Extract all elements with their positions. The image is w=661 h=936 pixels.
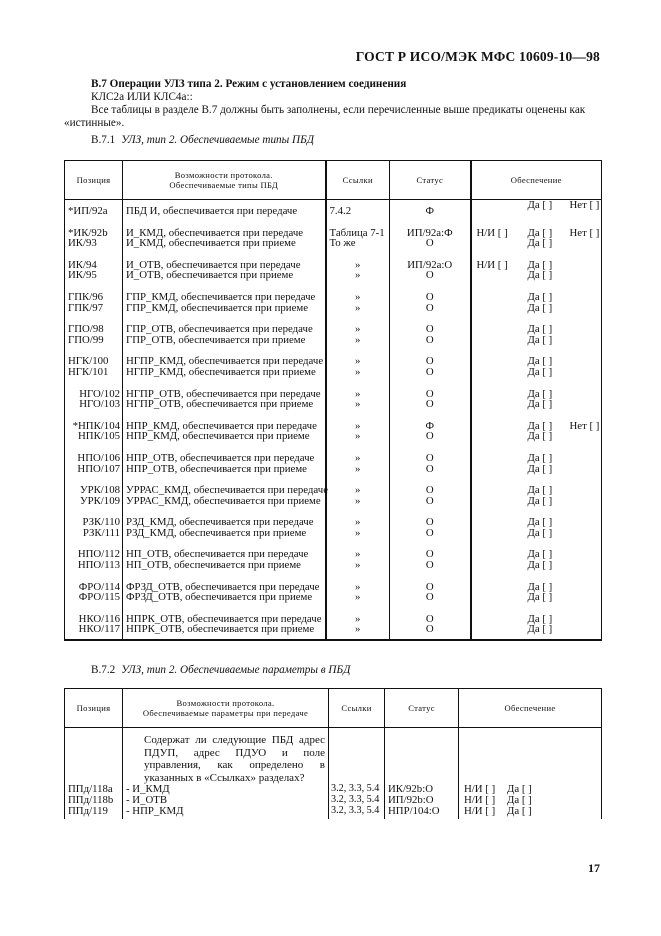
table1-caption-number: B.7.1 xyxy=(91,134,115,146)
cell-refs: » xyxy=(326,431,390,442)
cell-support: Да [ ] xyxy=(471,292,602,303)
cell-status: О xyxy=(390,335,471,346)
cell-status: О xyxy=(390,496,471,507)
table1-caption: B.7.1УЛЗ, тип 2. Обеспечиваемые типы ПБД xyxy=(91,134,314,146)
header-capability-line2: Обеспечиваемые параметры при передаче xyxy=(143,708,308,718)
table-row: ГПК/97ГПР_КМД, обеспечивается при приеме… xyxy=(65,303,602,314)
table-row: НПО/106НПР_ОТВ, обеспечивается при перед… xyxy=(65,453,602,464)
checkbox-no[interactable]: Нет [ ] xyxy=(570,421,600,432)
cell-refs: 3.2, 3.3, 5.4 xyxy=(329,806,385,817)
cell-refs: » xyxy=(326,367,390,378)
section-note-line1: Все таблицы в разделе В.7 должны быть за… xyxy=(64,104,601,117)
cell-refs: 7.4.2 xyxy=(326,200,390,217)
checkbox-not-applicable[interactable]: Н/И [ ] xyxy=(464,795,495,806)
checkbox-yes[interactable]: Да [ ] xyxy=(528,528,553,539)
cell-refs: » xyxy=(326,592,390,603)
table1-header-row: Позиция Возможности протокола.Обеспечива… xyxy=(65,161,602,200)
header-capability: Возможности протокола.Обеспечиваемые пар… xyxy=(123,689,329,728)
checkbox-yes[interactable]: Да [ ] xyxy=(528,270,553,281)
cell-status: О xyxy=(390,464,471,475)
cell-support: Да [ ] xyxy=(471,367,602,378)
cell-support: Да [ ] xyxy=(471,592,602,603)
cell-refs: » xyxy=(326,528,390,539)
table-row: ППд/119- НПР_КМД3.2, 3.3, 5.4НПР/104:ОН/… xyxy=(65,806,602,817)
cell-status: О xyxy=(390,292,471,303)
cell-position: НПО/106 xyxy=(65,453,123,464)
cell-support: Да [ ] xyxy=(471,496,602,507)
cell-position: ГПК/97 xyxy=(65,303,123,314)
header-capability-line1: Возможности протокола. xyxy=(177,698,275,708)
cell-refs: » xyxy=(326,399,390,410)
page-number: 17 xyxy=(588,861,600,876)
cell-capability: ГПР_КМД, обеспечивается при приеме xyxy=(123,303,326,314)
cell-status: О xyxy=(390,592,471,603)
cell-position: ГПК/96 xyxy=(65,292,123,303)
table-row: НПО/107НПР_ОТВ, обеспечивается при прием… xyxy=(65,464,602,475)
header-support: Обеспечение xyxy=(471,161,602,200)
table2-caption-text: УЛЗ, тип 2. Обеспечиваемые параметры в П… xyxy=(121,664,350,676)
question-text: Содержат ли следующие ПБД адрес ПДУП, ад… xyxy=(123,728,329,785)
checkbox-yes[interactable]: Да [ ] xyxy=(507,806,532,817)
row-spacer xyxy=(65,217,602,228)
cell-capability: НП_ОТВ, обеспечивается при приеме xyxy=(123,560,326,571)
cell-capability: НПРК_ОТВ, обеспечивается при приеме xyxy=(123,624,326,640)
row-spacer xyxy=(65,816,602,819)
checkbox-not-applicable[interactable]: Н/И [ ] xyxy=(477,260,508,271)
cell-capability: НПР_ОТВ, обеспечивается при передаче xyxy=(123,453,326,464)
section-note-line2: «истинные». xyxy=(64,117,601,130)
checkbox-yes[interactable]: Да [ ] xyxy=(528,292,553,303)
cell-support: Да [ ] xyxy=(471,399,602,410)
cell-capability: НПР_ОТВ, обеспечивается при приеме xyxy=(123,464,326,475)
checkbox-yes[interactable]: Да [ ] xyxy=(528,335,553,346)
cell-capability: ГПР_ОТВ, обеспечивается при приеме xyxy=(123,335,326,346)
cell-support: Да [ ] xyxy=(471,335,602,346)
table-row: УРК/109УРРАС_КМД, обеспечивается при при… xyxy=(65,496,602,507)
table2-header-row: Позиция Возможности протокола.Обеспечива… xyxy=(65,689,602,728)
cell-refs: » xyxy=(326,453,390,464)
table-pdu-types: Позиция Возможности протокола.Обеспечива… xyxy=(64,160,602,641)
cell-position: *ИП/92a xyxy=(65,200,123,217)
checkbox-yes[interactable]: Да [ ] xyxy=(528,592,553,603)
table-row: НПК/105НПР_КМД, обеспечивается при прием… xyxy=(65,431,602,442)
cell-support: Да [ ] xyxy=(471,431,602,442)
checkbox-not-applicable[interactable]: Н/И [ ] xyxy=(477,228,508,239)
header-capability-line2: Обеспечиваемые типы ПБД xyxy=(169,180,278,190)
cell-status: О xyxy=(390,560,471,571)
cell-status: О xyxy=(390,399,471,410)
checkbox-yes[interactable]: Да [ ] xyxy=(528,453,553,464)
cell-refs: » xyxy=(326,270,390,281)
cell-status: О xyxy=(390,528,471,539)
header-position: Позиция xyxy=(65,161,123,200)
row-spacer xyxy=(65,571,602,582)
checkbox-yes[interactable]: Да [ ] xyxy=(528,303,553,314)
question-row: Содержат ли следующие ПБД адрес ПДУП, ад… xyxy=(65,728,602,785)
checkbox-yes[interactable]: Да [ ] xyxy=(528,560,553,571)
table-pdu-parameters: Позиция Возможности протокола.Обеспечива… xyxy=(64,688,602,819)
checkbox-yes[interactable]: Да [ ] xyxy=(528,496,553,507)
checkbox-yes[interactable]: Да [ ] xyxy=(528,399,553,410)
cell-position: ФРО/115 xyxy=(65,592,123,603)
checkbox-yes[interactable]: Да [ ] xyxy=(528,624,553,635)
cell-position: ИК/93 xyxy=(65,238,123,249)
cell-support: Да [ ] xyxy=(471,238,602,249)
header-position: Позиция xyxy=(65,689,123,728)
cell-capability: ФРЗД_ОТВ, обеспечивается при приеме xyxy=(123,592,326,603)
table-row: РЗК/111РЗД_КМД, обеспечивается при прием… xyxy=(65,528,602,539)
cell-status: О xyxy=(390,453,471,464)
cell-position: НГО/103 xyxy=(65,399,123,410)
document-header: ГОСТ Р ИСО/МЭК МФС 10609-10—98 xyxy=(356,49,600,65)
cell-support: Н/И [ ]Да [ ] xyxy=(459,795,602,806)
cell-position: ППд/119 xyxy=(65,806,123,817)
checkbox-not-applicable[interactable]: Н/И [ ] xyxy=(464,806,495,817)
cell-refs: » xyxy=(326,624,390,640)
table-row: ГПО/99ГПР_ОТВ, обеспечивается при приеме… xyxy=(65,335,602,346)
checkbox-no[interactable]: Нет [ ] xyxy=(570,228,600,239)
cell-capability: ПБД И, обеспечивается при передаче xyxy=(123,200,326,217)
cell-support: Да [ ] xyxy=(471,560,602,571)
cell-refs: » xyxy=(326,560,390,571)
cell-support: Да [ ]Нет [ ] xyxy=(471,200,602,217)
header-status: Статус xyxy=(390,161,471,200)
cell-position: УРК/109 xyxy=(65,496,123,507)
checkbox-yes[interactable]: Да [ ] xyxy=(528,431,553,442)
checkbox-yes[interactable]: Да [ ] xyxy=(528,200,553,211)
cell-capability: И_КМД, обеспечивается при приеме xyxy=(123,238,326,249)
checkbox-no[interactable]: Нет [ ] xyxy=(570,200,600,211)
table2-caption: B.7.2УЛЗ, тип 2. Обеспечиваемые параметр… xyxy=(91,664,350,676)
table-row: НПО/113НП_ОТВ, обеспечивается при приеме… xyxy=(65,560,602,571)
table-row: ИК/93И_КМД, обеспечивается при приемеТо … xyxy=(65,238,602,249)
cell-refs: » xyxy=(326,292,390,303)
row-spacer xyxy=(65,378,602,389)
table2-caption-number: B.7.2 xyxy=(91,664,115,676)
checkbox-yes[interactable]: Да [ ] xyxy=(528,238,553,249)
section-predicate: КЛС2а ИЛИ КЛС4а:: xyxy=(64,91,601,104)
section-title: B.7 Операции УЛЗ типа 2. Режим с установ… xyxy=(64,78,601,91)
cell-support: Да [ ] xyxy=(471,624,602,640)
checkbox-yes[interactable]: Да [ ] xyxy=(528,464,553,475)
checkbox-yes[interactable]: Да [ ] xyxy=(507,795,532,806)
cell-capability: ГПР_КМД, обеспечивается при передаче xyxy=(123,292,326,303)
table-row: ППд/118b- И_ОТВ3.2, 3.3, 5.4ИП/92b:ОН/И … xyxy=(65,795,602,806)
cell-support: Да [ ] xyxy=(471,453,602,464)
section-b7: B.7 Операции УЛЗ типа 2. Режим с установ… xyxy=(64,78,601,130)
checkbox-yes[interactable]: Да [ ] xyxy=(528,367,553,378)
cell-refs: » xyxy=(326,464,390,475)
cell-capability: - И_ОТВ xyxy=(123,795,329,806)
cell-support: Н/И [ ]Да [ ] xyxy=(459,806,602,817)
cell-refs: То же xyxy=(326,238,390,249)
cell-status: О xyxy=(390,367,471,378)
cell-refs: » xyxy=(326,303,390,314)
table-row: ФРО/115ФРЗД_ОТВ, обеспечивается при прие… xyxy=(65,592,602,603)
cell-refs: » xyxy=(326,496,390,507)
table-row: НКО/117НПРК_ОТВ, обеспечивается при прие… xyxy=(65,624,602,640)
cell-status: О xyxy=(390,303,471,314)
cell-position: РЗК/111 xyxy=(65,528,123,539)
table-row: НГО/103НГПР_ОТВ, обеспечивается при прие… xyxy=(65,399,602,410)
cell-refs: 3.2, 3.3, 5.4 xyxy=(329,795,385,806)
table-row: ИК/95И_ОТВ, обеспечивается при приеме»ОД… xyxy=(65,270,602,281)
cell-support: Да [ ] xyxy=(471,528,602,539)
cell-status: НПР/104:О xyxy=(385,806,459,817)
cell-status: О xyxy=(390,270,471,281)
cell-capability: И_ОТВ, обеспечивается при приеме xyxy=(123,270,326,281)
header-refs: Ссылки xyxy=(326,161,390,200)
cell-status: О xyxy=(390,238,471,249)
header-refs: Ссылки xyxy=(329,689,385,728)
cell-status: Ф xyxy=(390,200,471,217)
header-capability-line1: Возможности протокола. xyxy=(175,170,273,180)
cell-support: Да [ ] xyxy=(471,303,602,314)
cell-status: ИП/92b:О xyxy=(385,795,459,806)
header-status: Статус xyxy=(385,689,459,728)
cell-status: О xyxy=(390,431,471,442)
cell-position: ГПО/99 xyxy=(65,335,123,346)
cell-capability: НГПР_ОТВ, обеспечивается при приеме xyxy=(123,399,326,410)
cell-capability: НПР_КМД, обеспечивается при приеме xyxy=(123,431,326,442)
cell-position: НКО/117 xyxy=(65,624,123,640)
table-row: *ИП/92aПБД И, обеспечивается при передач… xyxy=(65,200,602,217)
header-capability: Возможности протокола.Обеспечиваемые тип… xyxy=(123,161,326,200)
header-support: Обеспечение xyxy=(459,689,602,728)
table-row: НГК/101НГПР_КМД, обеспечивается при прие… xyxy=(65,367,602,378)
cell-position: НПО/113 xyxy=(65,560,123,571)
cell-position: ППд/118b xyxy=(65,795,123,806)
cell-position: ИК/95 xyxy=(65,270,123,281)
cell-position: НПК/105 xyxy=(65,431,123,442)
cell-support: Да [ ] xyxy=(471,270,602,281)
cell-capability: РЗД_КМД, обеспечивается при приеме xyxy=(123,528,326,539)
question-text-content: Содержат ли следующие ПБД адрес ПДУП, ад… xyxy=(126,734,325,784)
cell-capability: НГПР_КМД, обеспечивается при приеме xyxy=(123,367,326,378)
cell-support: Да [ ] xyxy=(471,464,602,475)
table1-caption-text: УЛЗ, тип 2. Обеспечиваемые типы ПБД xyxy=(121,134,314,146)
cell-capability: УРРАС_КМД, обеспечивается при приеме xyxy=(123,496,326,507)
cell-position: НПО/107 xyxy=(65,464,123,475)
cell-refs: » xyxy=(326,335,390,346)
table-row: ГПК/96ГПР_КМД, обеспечивается при переда… xyxy=(65,292,602,303)
cell-position: НГК/101 xyxy=(65,367,123,378)
cell-status: О xyxy=(390,624,471,640)
cell-capability: - НПР_КМД xyxy=(123,806,329,817)
